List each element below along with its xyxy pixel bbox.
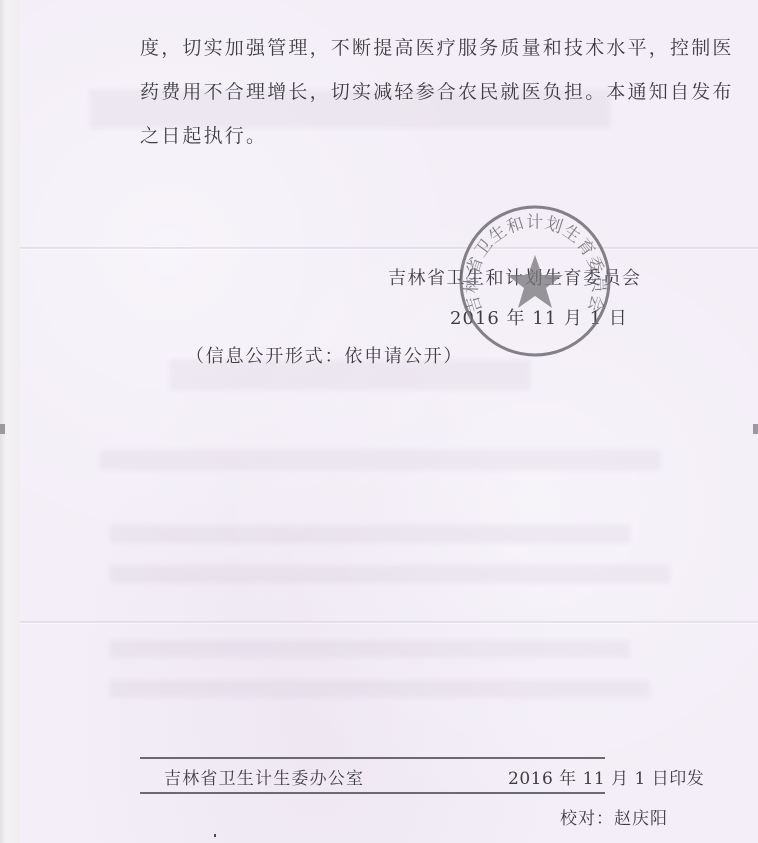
disclosure-notice: （信息公开形式：依申请公开） [186, 342, 463, 368]
scanned-page: 度，切实加强管理，不断提高医疗服务质量和技术水平，控制医 药费用不合理增长，切实… [20, 0, 758, 843]
body-text-line: 之日起执行。 [140, 121, 267, 148]
proofreader-line: 校对：赵庆阳 [560, 804, 668, 829]
signature-date: 2016 年 11 月 1 日 [450, 304, 628, 330]
signature-organization: 吉林省卫生和计划生育委员会 [388, 264, 642, 290]
body-text-line: 药费用不合理增长，切实减轻参合农民就医负担。本通知自发布 [140, 77, 734, 104]
footer-top-rule [140, 757, 605, 759]
right-resize-handle[interactable] [753, 424, 758, 434]
bleed-through-texture [110, 640, 630, 658]
paper-fold-crease [20, 247, 758, 250]
document-viewer: 度，切实加强管理，不断提高医疗服务质量和技术水平，控制医 药费用不合理增长，切实… [0, 0, 758, 843]
footer-issuing-office: 吉林省卫生计生委办公室 [164, 764, 364, 789]
bleed-through-texture [110, 525, 630, 543]
footer-issue-date: 2016 年 11 月 1 日印发 [508, 764, 704, 789]
bleed-through-texture [110, 565, 670, 583]
viewer-left-margin [0, 0, 20, 843]
paper-fold-crease [20, 621, 758, 624]
body-text-line: 度，切实加强管理，不断提高医疗服务质量和技术水平，控制医 [140, 33, 734, 60]
footer-bottom-rule [140, 792, 605, 794]
left-resize-handle[interactable] [0, 424, 5, 434]
scan-speck [214, 834, 216, 837]
bleed-through-texture [100, 450, 660, 470]
bleed-through-texture [110, 680, 650, 698]
